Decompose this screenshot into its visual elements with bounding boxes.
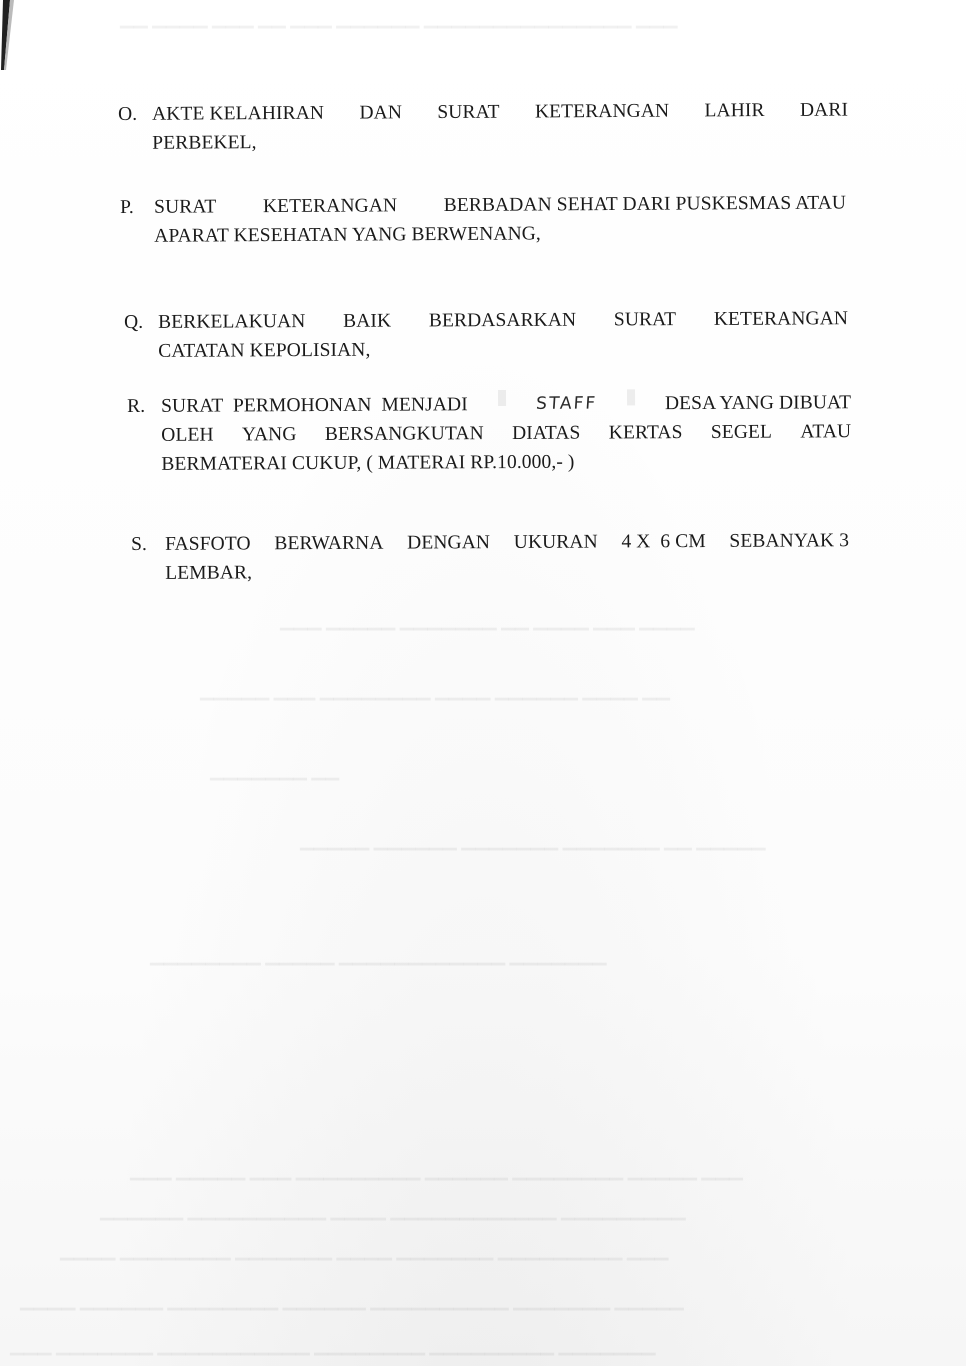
item-letter: S. (131, 530, 147, 559)
item-letter: P. (120, 193, 134, 222)
bleed-through-text: ▁▁▁ ▁▁▁▁▁▁▁▁▁▁▁▁▁▁▁ ▁▁▁▁▁▁ ▁▁▁ ▁▁ ▁▁▁ ▁▁… (120, 8, 678, 29)
item-letter: O. (118, 100, 137, 129)
correction-fluid-mark (498, 390, 506, 406)
correction-fluid-mark (627, 389, 635, 405)
handwritten-word: STAFF (535, 390, 598, 419)
item-line: AKTE KELAHIRAN DAN SURAT KETERANGAN LAHI… (152, 96, 848, 129)
item-line: CATATAN KEPOLISIAN, (158, 333, 848, 366)
bleed-through-text: ▁▁ ▁▁▁▁ ▁▁▁▁▁▁ ▁▁▁▁ ▁▁▁▁▁▁▁▁ ▁▁▁ ▁▁▁▁▁ (200, 680, 670, 701)
item-line: SURAT KETERANGAN BERBADAN SEHAT DARI PUS… (154, 189, 846, 222)
item-letter: R. (127, 392, 145, 421)
bleed-through-text: ▁▁▁▁▁▁▁ ▁▁▁▁▁▁▁▁▁ ▁▁▁▁▁▁▁▁ ▁▁▁▁▁▁▁▁▁▁▁ ▁… (10, 1335, 655, 1356)
item-line: SURAT PERMOHONAN MENJADI STAFF DESA YANG… (161, 388, 851, 421)
bleed-through-text: ▁▁▁ ▁▁▁▁▁▁▁▁▁ ▁▁▁▁▁▁▁ ▁▁▁▁ ▁▁▁▁▁▁▁ ▁▁▁▁▁… (60, 1240, 668, 1261)
requirement-item-o: O. AKTE KELAHIRAN DAN SURAT KETERANGAN L… (118, 96, 848, 158)
item-line: BERMATERAI CUKUP, ( MATERAI RP.10.000,- … (161, 446, 851, 479)
requirement-item-q: Q. BERKELAKUAN BAIK BERDASARKAN SURAT KE… (124, 304, 848, 366)
pen-stroke-mark (0, 0, 16, 72)
bleed-through-text: ▁▁▁▁▁▁▁▁▁ ▁▁▁▁▁▁▁▁▁▁▁▁ ▁▁▁▁ ▁▁▁▁▁▁▁▁▁▁ ▁… (100, 1200, 686, 1221)
bleed-through-text: ▁▁▁▁▁▁▁ ▁▁▁▁▁▁▁▁▁▁▁▁ ▁▁▁▁▁ ▁▁▁▁▁▁▁▁ (150, 945, 606, 966)
item-line: BERKELAKUAN BAIK BERDASARKAN SURAT KETER… (158, 304, 848, 337)
item-line: FASFOTO BERWARNA DENGAN UKURAN 4 X 6 CM … (165, 526, 849, 559)
item-line: APARAT KESEHATAN YANG BERWENANG, (154, 218, 846, 251)
item-line: OLEH YANG BERSANGKUTAN DIATAS KERTAS SEG… (161, 417, 851, 450)
item-line: PERBEKEL, (152, 125, 848, 158)
bleed-through-text: ▁▁▁▁▁ ▁▁▁▁▁▁▁ ▁▁▁▁▁▁▁▁▁▁ ▁▁▁▁▁▁ ▁▁▁▁▁▁▁▁… (20, 1290, 684, 1311)
bleed-through-text: ▁▁ ▁▁▁▁▁▁▁ (210, 760, 339, 781)
item-line: LEMBAR, (165, 555, 849, 588)
requirement-item-p: P. SURAT KETERANGAN BERBADAN SEHAT DARI … (120, 189, 846, 251)
item-letter: Q. (124, 308, 143, 337)
requirement-item-s: S. FASFOTO BERWARNA DENGAN UKURAN 4 X 6 … (131, 526, 849, 588)
bleed-through-text: ▁▁▁▁ ▁▁▁ ▁▁▁▁ ▁▁ ▁▁▁▁▁▁▁ ▁▁▁▁▁ ▁▁▁ (280, 610, 695, 631)
requirement-item-r: R. SURAT PERMOHONAN MENJADI STAFF DESA Y… (127, 388, 851, 479)
bleed-through-text: ▁▁▁ ▁▁▁▁▁ ▁▁▁▁▁▁▁▁ ▁▁▁▁▁▁ ▁▁▁▁▁▁▁▁▁ ▁▁▁ … (130, 1160, 743, 1181)
scanned-page: ▁▁▁ ▁▁▁▁▁▁▁▁▁▁▁▁▁▁▁ ▁▁▁▁▁▁ ▁▁▁ ▁▁ ▁▁▁ ▁▁… (0, 0, 966, 1366)
bleed-through-text: ▁▁▁▁▁ ▁▁ ▁▁▁▁▁▁▁ ▁▁▁▁▁▁▁ ▁▁▁▁▁▁ ▁▁▁▁▁ (300, 830, 765, 851)
